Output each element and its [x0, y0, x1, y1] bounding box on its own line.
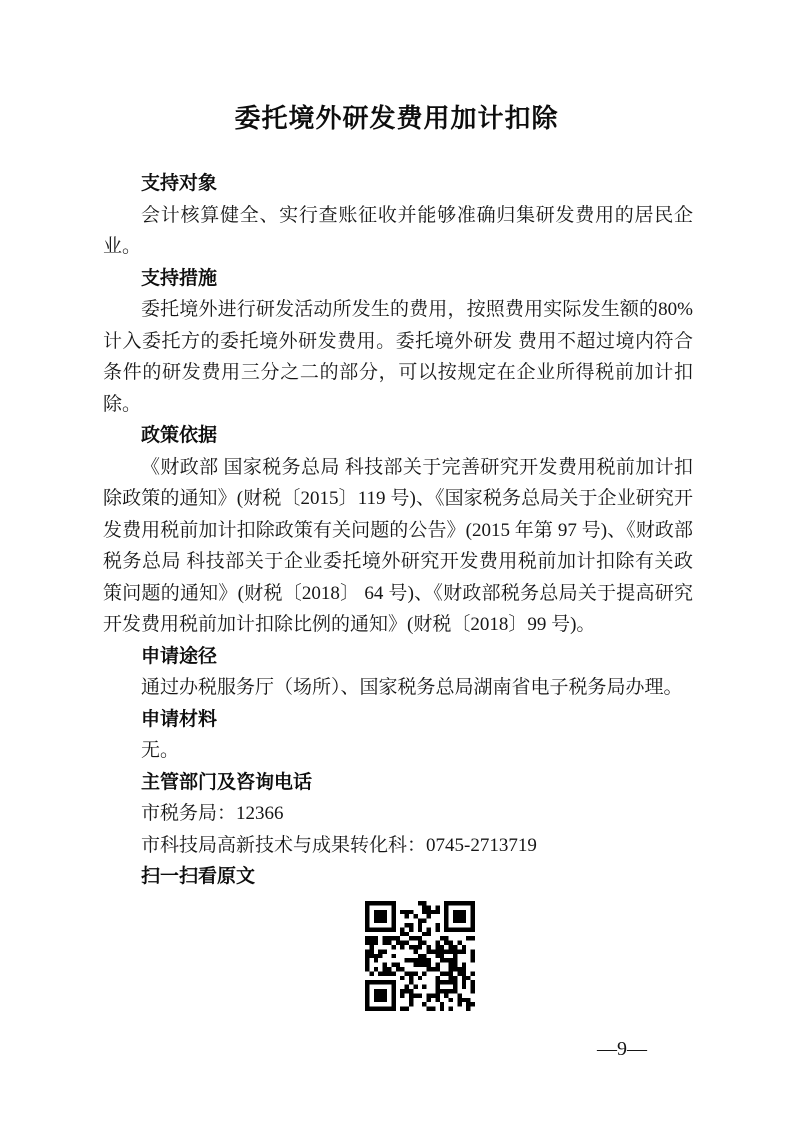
section-paragraph: 委托境外进行研发活动所发生的费用，按照费用实际发生额的80%计入委托方的委托境外…: [103, 294, 693, 420]
section-heading-department-contacts: 主管部门及咨询电话: [103, 767, 693, 799]
section-heading-support-measures: 支持措施: [103, 263, 693, 295]
section-application-materials: 申请材料 无。: [103, 704, 693, 767]
contact-line-science-bureau: 市科技局高新技术与成果转化科：0745-2713719: [103, 830, 693, 862]
section-heading-application-channel: 申请途径: [103, 641, 693, 673]
section-policy-basis: 政策依据 《财政部 国家税务总局 科技部关于完善研究开发费用税前加计扣除政策的通…: [103, 420, 693, 641]
page-title: 委托境外研发费用加计扣除: [0, 0, 793, 138]
document-page: 委托境外研发费用加计扣除 支持对象 会计核算健全、实行查账征收并能够准确归集研发…: [0, 0, 793, 1122]
section-heading-support-target: 支持对象: [103, 168, 693, 200]
contact-line-tax-bureau: 市税务局：12366: [103, 798, 693, 830]
section-paragraph: 《财政部 国家税务总局 科技部关于完善研究开发费用税前加计扣除政策的通知》(财税…: [103, 452, 693, 641]
section-scan-original: 扫一扫看原文: [103, 861, 693, 1011]
section-paragraph: 会计核算健全、实行查账征收并能够准确归集研发费用的居民企业。: [103, 200, 693, 263]
section-paragraph: 无。: [103, 735, 693, 767]
qr-code: [365, 901, 475, 1011]
section-heading-policy-basis: 政策依据: [103, 420, 693, 452]
section-paragraph: 通过办税服务厅（场所）、国家税务总局湖南省电子税务局办理。: [103, 672, 693, 704]
section-support-measures: 支持措施 委托境外进行研发活动所发生的费用，按照费用实际发生额的80%计入委托方…: [103, 263, 693, 421]
document-body: 支持对象 会计核算健全、实行查账征收并能够准确归集研发费用的居民企业。 支持措施…: [103, 168, 693, 1011]
section-department-contacts: 主管部门及咨询电话 市税务局：12366 市科技局高新技术与成果转化科：0745…: [103, 767, 693, 862]
section-support-target: 支持对象 会计核算健全、实行查账征收并能够准确归集研发费用的居民企业。: [103, 168, 693, 263]
section-heading-application-materials: 申请材料: [103, 704, 693, 736]
page-number: —9—: [597, 1036, 647, 1062]
section-application-channel: 申请途径 通过办税服务厅（场所）、国家税务总局湖南省电子税务局办理。: [103, 641, 693, 704]
section-heading-scan-original: 扫一扫看原文: [103, 861, 693, 893]
